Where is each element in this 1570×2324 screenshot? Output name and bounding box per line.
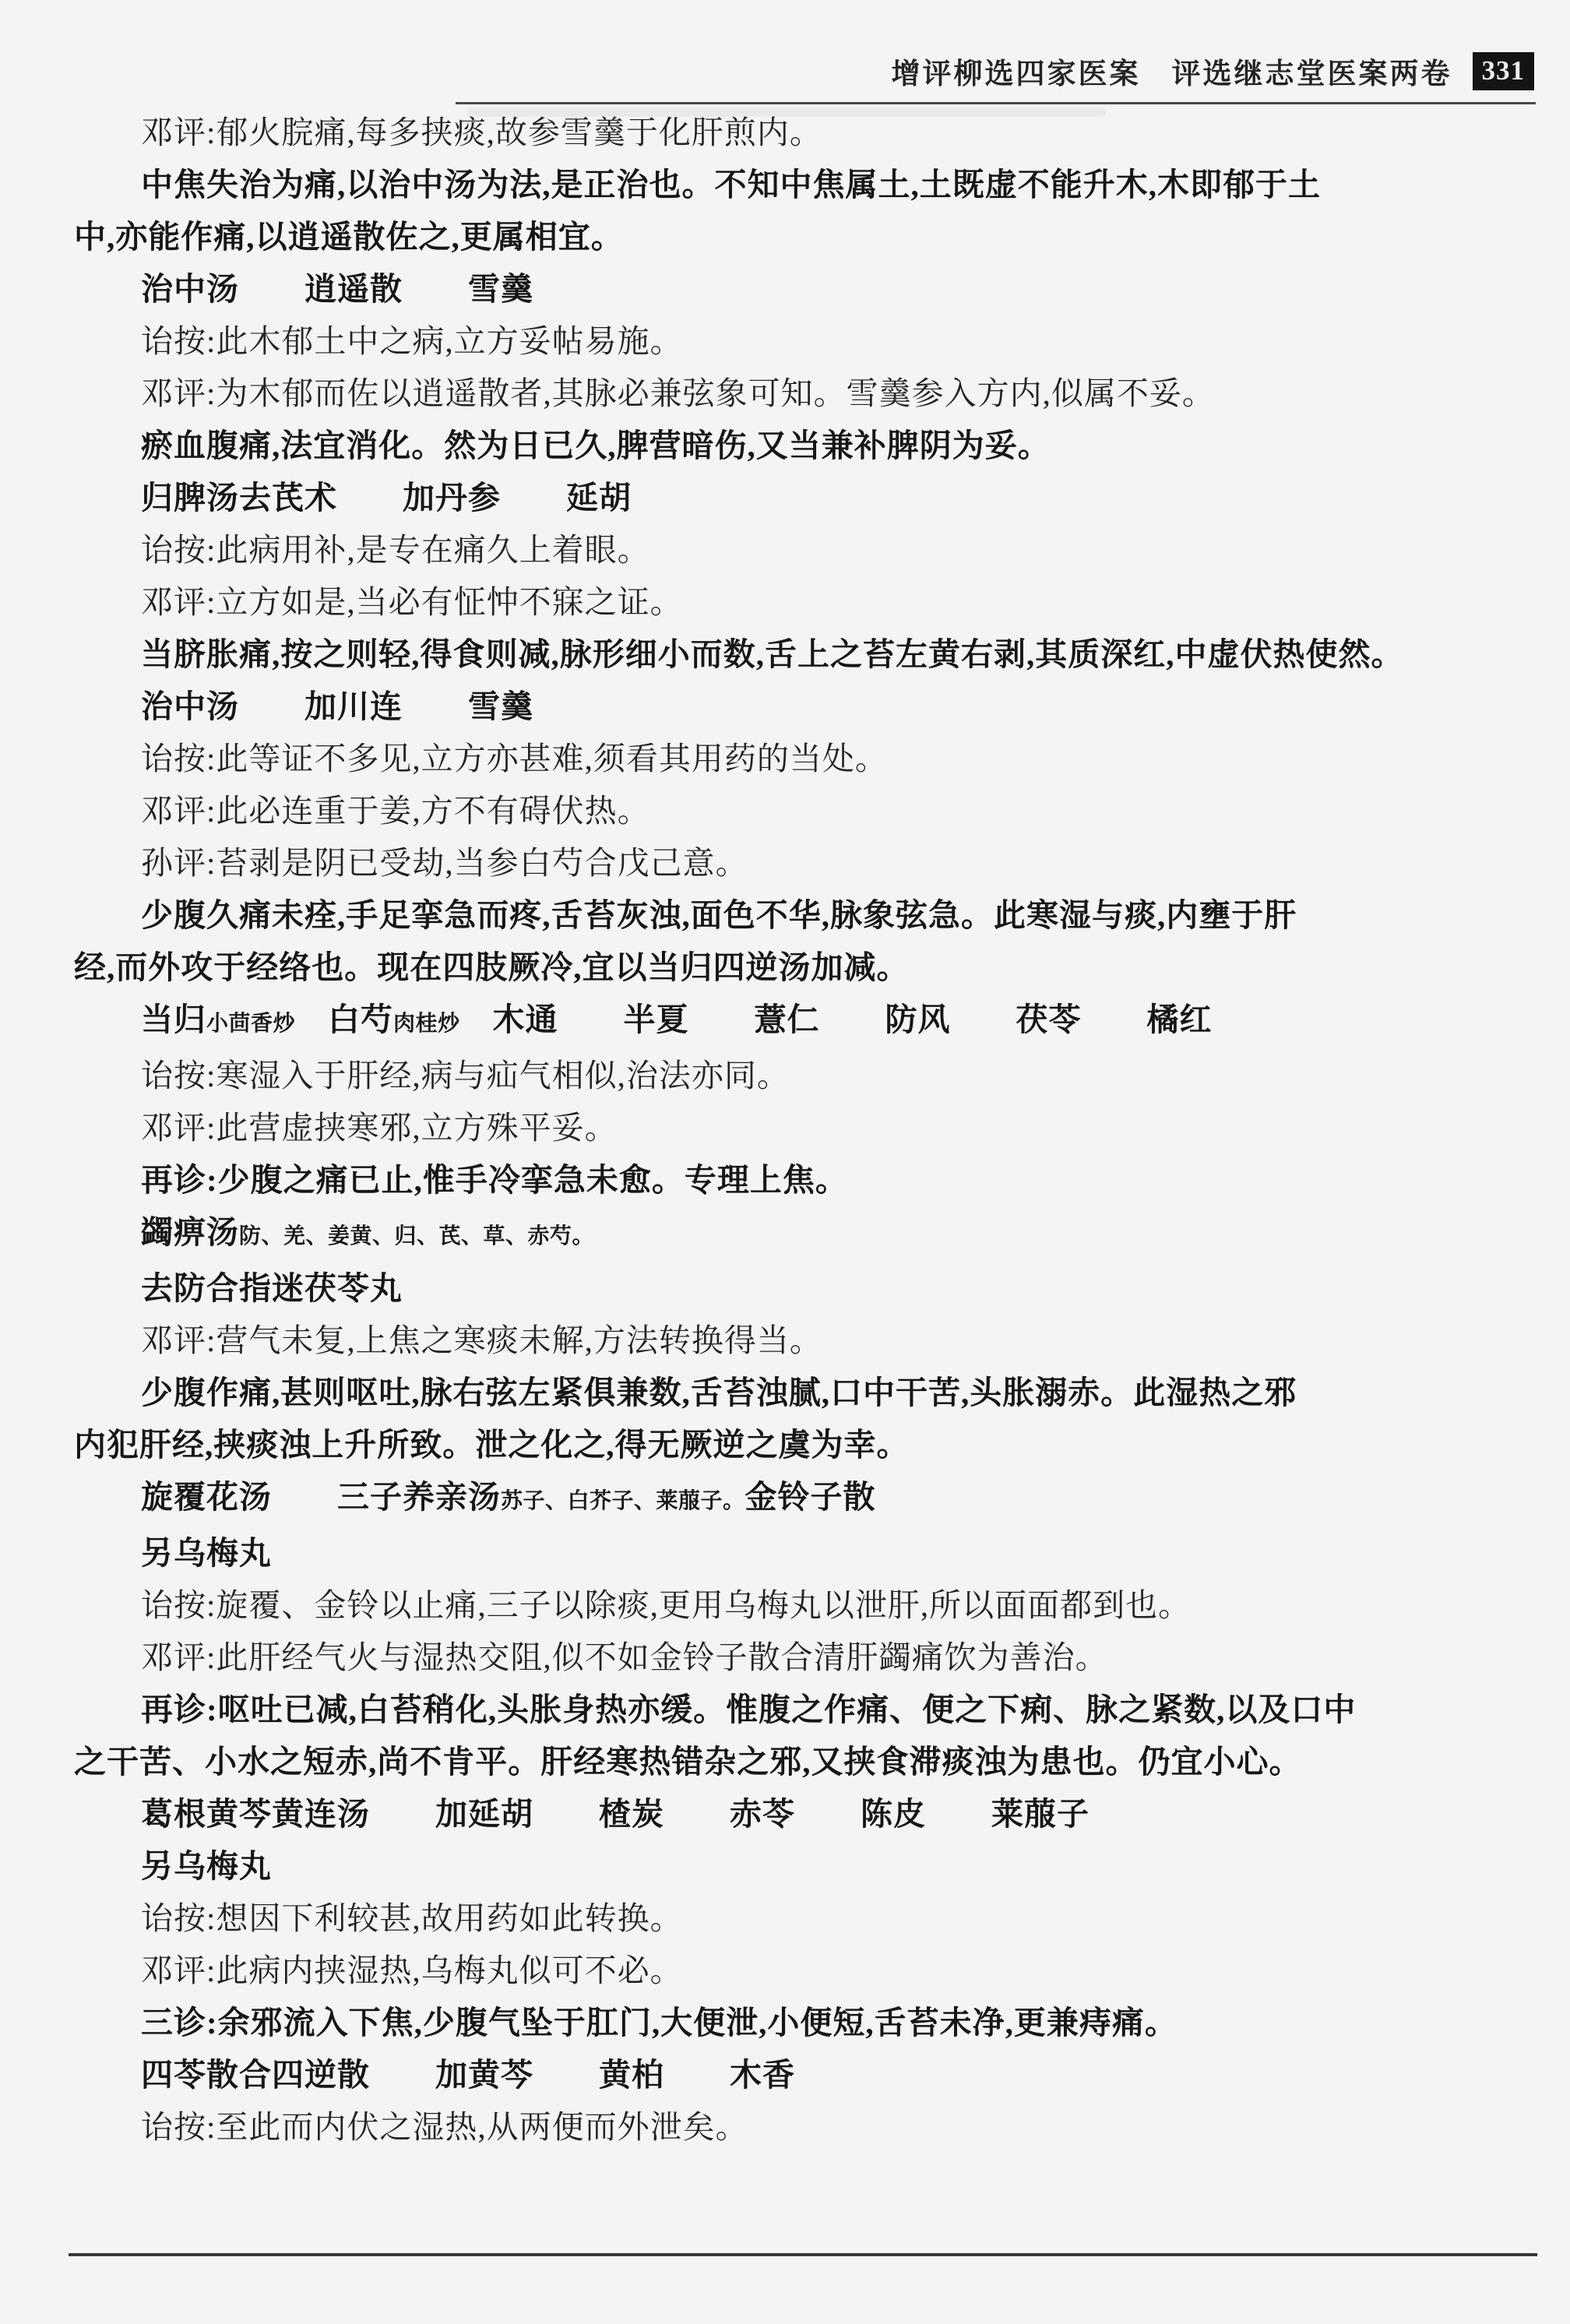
line-text: 诒按:此病用补,是专在痛久上着眼。	[141, 532, 650, 568]
line-text: 邓评:此病内挟湿热,乌梅丸似可不必。	[141, 1953, 683, 1988]
text-line: 邓评:此病内挟湿热,乌梅丸似可不必。	[74, 1945, 1533, 1997]
line-text: 再诊:少腹之痛已止,惟手冷挛急未愈。专理上焦。	[141, 1162, 848, 1198]
line-text: 内犯肝经,挟痰浊上升所致。泄之化之,得无厥逆之虞为幸。	[74, 1427, 910, 1463]
inline-annotation: 肉桂炒	[393, 1012, 460, 1036]
text-line: 四苓散合四逆散 加黄芩 黄柏 木香	[74, 2049, 1533, 2101]
text-line: 邓评:此肝经气火与湿热交阻,似不如金铃子散合清肝蠲痛饮为善治。	[74, 1632, 1533, 1684]
inline-annotation: 苏子、白芥子、莱菔子。	[501, 1489, 745, 1513]
line-text: 四苓散合四逆散 加黄芩 黄柏 木香	[141, 2057, 795, 2093]
footer-divider	[69, 2253, 1537, 2256]
text-line: 邓评:此营虚挟寒邪,立方殊平妥。	[74, 1102, 1533, 1154]
page-number-badge: 331	[1473, 52, 1535, 90]
text-line: 诒按:想因下利较甚,故用药如此转换。	[74, 1893, 1533, 1945]
line-text: 治中汤 逍遥散 雪羹	[141, 271, 533, 307]
line-text: 木通 半夏 薏仁 防风 茯苓 橘红	[460, 1002, 1213, 1037]
book-page: 增评柳选四家医案 评选继志堂医案两卷 331 邓评:郁火脘痛,每多挟痰,故参雪羹…	[0, 0, 1570, 2324]
line-text: 当归	[141, 1002, 206, 1037]
text-line: 蠲痹汤防、羌、姜黄、归、芪、草、赤芍。	[74, 1206, 1533, 1262]
text-line: 诒按:此木郁土中之病,立方妥帖易施。	[74, 315, 1533, 368]
text-line: 瘀血腹痛,法宜消化。然为日已久,脾营暗伤,又当兼补脾阴为妥。	[74, 420, 1533, 472]
text-line: 葛根黄芩黄连汤 加延胡 楂炭 赤苓 陈皮 莱菔子	[74, 1788, 1533, 1840]
line-text: 诒按:寒湿入于肝经,病与疝气相似,治法亦同。	[141, 1058, 790, 1093]
text-line: 孙评:苔剥是阴已受劫,当参白芍合戊己意。	[74, 837, 1533, 889]
line-text: 诒按:旋覆、金铃以止痛,三子以除痰,更用乌梅丸以泄肝,所以面面都到也。	[141, 1587, 1191, 1623]
line-text: 当脐胀痛,按之则轻,得食则减,脉形细小而数,舌上之苔左黄右剥,其质深红,中虚伏热…	[141, 636, 1404, 672]
line-text: 另乌梅丸	[141, 1535, 272, 1571]
line-text: 治中汤 加川连 雪羹	[141, 688, 533, 724]
text-line: 诒按:寒湿入于肝经,病与疝气相似,治法亦同。	[74, 1050, 1533, 1102]
text-line: 诒按:旋覆、金铃以止痛,三子以除痰,更用乌梅丸以泄肝,所以面面都到也。	[74, 1579, 1533, 1632]
inline-annotation: 小茴香炒	[206, 1012, 295, 1036]
text-line: 三诊:余邪流入下焦,少腹气坠于肛门,大便泄,小便短,舌苔未净,更兼痔痛。	[74, 1997, 1533, 2049]
line-text: 邓评:营气未复,上焦之寒痰未解,方法转换得当。	[141, 1322, 822, 1358]
text-line: 再诊:呕吐已减,白苔稍化,头胀身热亦缓。惟腹之作痛、便之下痢、脉之紧数,以及口中	[74, 1684, 1533, 1736]
text-line: 经,而外攻于经络也。现在四肢厥冷,宜以当归四逆汤加减。	[74, 942, 1533, 994]
line-text: 少腹久痛未痊,手足挛急而疼,舌苔灰浊,面色不华,脉象弦急。此寒湿与痰,内壅于肝	[141, 897, 1297, 933]
line-text: 孙评:苔剥是阴已受劫,当参白芍合戊己意。	[141, 845, 748, 881]
text-line: 另乌梅丸	[74, 1840, 1533, 1893]
line-text: 葛根黄芩黄连汤 加延胡 楂炭 赤苓 陈皮 莱菔子	[141, 1796, 1089, 1832]
text-line: 另乌梅丸	[74, 1527, 1533, 1579]
line-text: 邓评:此必连重于姜,方不有碍伏热。	[141, 793, 650, 829]
text-line: 之干苦、小水之短赤,尚不肯平。肝经寒热错杂之邪,又挟食滞痰浊为患也。仍宜小心。	[74, 1736, 1533, 1788]
line-text: 之干苦、小水之短赤,尚不肯平。肝经寒热错杂之邪,又挟食滞痰浊为患也。仍宜小心。	[74, 1744, 1302, 1780]
line-text: 瘀血腹痛,法宜消化。然为日已久,脾营暗伤,又当兼补脾阴为妥。	[141, 428, 1051, 463]
line-text: 少腹作痛,甚则呕吐,脉右弦左紧俱兼数,舌苔浊腻,口中干苦,头胀溺赤。此湿热之邪	[141, 1375, 1297, 1410]
text-line: 当归小茴香炒 白芍肉桂炒 木通 半夏 薏仁 防风 茯苓 橘红	[74, 994, 1533, 1050]
text-line: 邓评:营气未复,上焦之寒痰未解,方法转换得当。	[74, 1315, 1533, 1367]
line-text: 诒按:想因下利较甚,故用药如此转换。	[141, 1900, 683, 1936]
line-text: 金铃子散	[745, 1479, 876, 1515]
line-text: 诒按:至此而内伏之湿热,从两便而外泄矣。	[141, 2109, 748, 2145]
text-line: 归脾汤去芪术 加丹参 延胡	[74, 472, 1533, 524]
line-text: 白芍	[295, 1002, 393, 1037]
text-line: 邓评:为木郁而佐以逍遥散者,其脉必兼弦象可知。雪羹参入方内,似属不妥。	[74, 368, 1533, 420]
line-text: 再诊:呕吐已减,白苔稍化,头胀身热亦缓。惟腹之作痛、便之下痢、脉之紧数,以及口中	[141, 1692, 1356, 1727]
text-line: 诒按:此等证不多见,立方亦甚难,须看其用药的当处。	[74, 733, 1533, 785]
line-text: 中焦失治为痛,以治中汤为法,是正治也。不知中焦属土,土既虚不能升木,木即郁于土	[141, 167, 1321, 202]
text-line: 少腹作痛,甚则呕吐,脉右弦左紧俱兼数,舌苔浊腻,口中干苦,头胀溺赤。此湿热之邪	[74, 1367, 1533, 1419]
page-header: 增评柳选四家医案 评选继志堂医案两卷 331	[892, 50, 1535, 92]
text-line: 邓评:此必连重于姜,方不有碍伏热。	[74, 785, 1533, 837]
text-line: 邓评:立方如是,当必有怔忡不寐之证。	[74, 576, 1533, 629]
page-body: 邓评:郁火脘痛,每多挟痰,故参雪羹于化肝煎内。中焦失治为痛,以治中汤为法,是正治…	[74, 107, 1533, 2153]
text-line: 治中汤 加川连 雪羹	[74, 681, 1533, 733]
line-text: 去防合指迷茯苓丸	[141, 1270, 403, 1306]
line-text: 诒按:此等证不多见,立方亦甚难,须看其用药的当处。	[141, 741, 888, 776]
header-divider	[456, 102, 1536, 104]
text-line: 诒按:此病用补,是专在痛久上着眼。	[74, 524, 1533, 576]
line-text: 三诊:余邪流入下焦,少腹气坠于肛门,大便泄,小便短,舌苔未净,更兼痔痛。	[141, 2005, 1177, 2041]
line-text: 邓评:郁火脘痛,每多挟痰,故参雪羹于化肝煎内。	[141, 114, 822, 150]
line-text: 中,亦能作痛,以逍遥散佐之,更属相宜。	[74, 219, 624, 255]
line-text: 经,而外攻于经络也。现在四肢厥冷,宜以当归四逆汤加减。	[74, 949, 910, 985]
text-line: 去防合指迷茯苓丸	[74, 1262, 1533, 1315]
line-text: 另乌梅丸	[141, 1848, 272, 1884]
text-line: 诒按:至此而内伏之湿热,从两便而外泄矣。	[74, 2101, 1533, 2153]
line-text: 邓评:此肝经气火与湿热交阻,似不如金铃子散合清肝蠲痛饮为善治。	[141, 1639, 1108, 1675]
text-line: 再诊:少腹之痛已止,惟手冷挛急未愈。专理上焦。	[74, 1154, 1533, 1206]
text-line: 邓评:郁火脘痛,每多挟痰,故参雪羹于化肝煎内。	[74, 107, 1533, 159]
inline-annotation: 防、羌、姜黄、归、芪、草、赤芍。	[239, 1224, 594, 1248]
line-text: 邓评:为木郁而佐以逍遥散者,其脉必兼弦象可知。雪羹参入方内,似属不妥。	[141, 375, 1215, 411]
text-line: 少腹久痛未痊,手足挛急而疼,舌苔灰浊,面色不华,脉象弦急。此寒湿与痰,内壅于肝	[74, 889, 1533, 942]
text-line: 当脐胀痛,按之则轻,得食则减,脉形细小而数,舌上之苔左黄右剥,其质深红,中虚伏热…	[74, 629, 1533, 681]
text-line: 内犯肝经,挟痰浊上升所致。泄之化之,得无厥逆之虞为幸。	[74, 1419, 1533, 1471]
line-text: 旋覆花汤 三子养亲汤	[141, 1479, 501, 1515]
line-text: 诒按:此木郁土中之病,立方妥帖易施。	[141, 323, 683, 359]
line-text: 蠲痹汤	[141, 1214, 239, 1250]
line-text: 邓评:立方如是,当必有怔忡不寐之证。	[141, 584, 683, 620]
text-line: 中,亦能作痛,以逍遥散佐之,更属相宜。	[74, 211, 1533, 263]
text-line: 治中汤 逍遥散 雪羹	[74, 263, 1533, 315]
running-title: 增评柳选四家医案 评选继志堂医案两卷	[892, 50, 1452, 92]
text-line: 中焦失治为痛,以治中汤为法,是正治也。不知中焦属土,土既虚不能升木,木即郁于土	[74, 159, 1533, 211]
line-text: 邓评:此营虚挟寒邪,立方殊平妥。	[141, 1110, 618, 1146]
line-text: 归脾汤去芪术 加丹参 延胡	[141, 480, 632, 516]
text-line: 旋覆花汤 三子养亲汤苏子、白芥子、莱菔子。金铃子散	[74, 1471, 1533, 1527]
